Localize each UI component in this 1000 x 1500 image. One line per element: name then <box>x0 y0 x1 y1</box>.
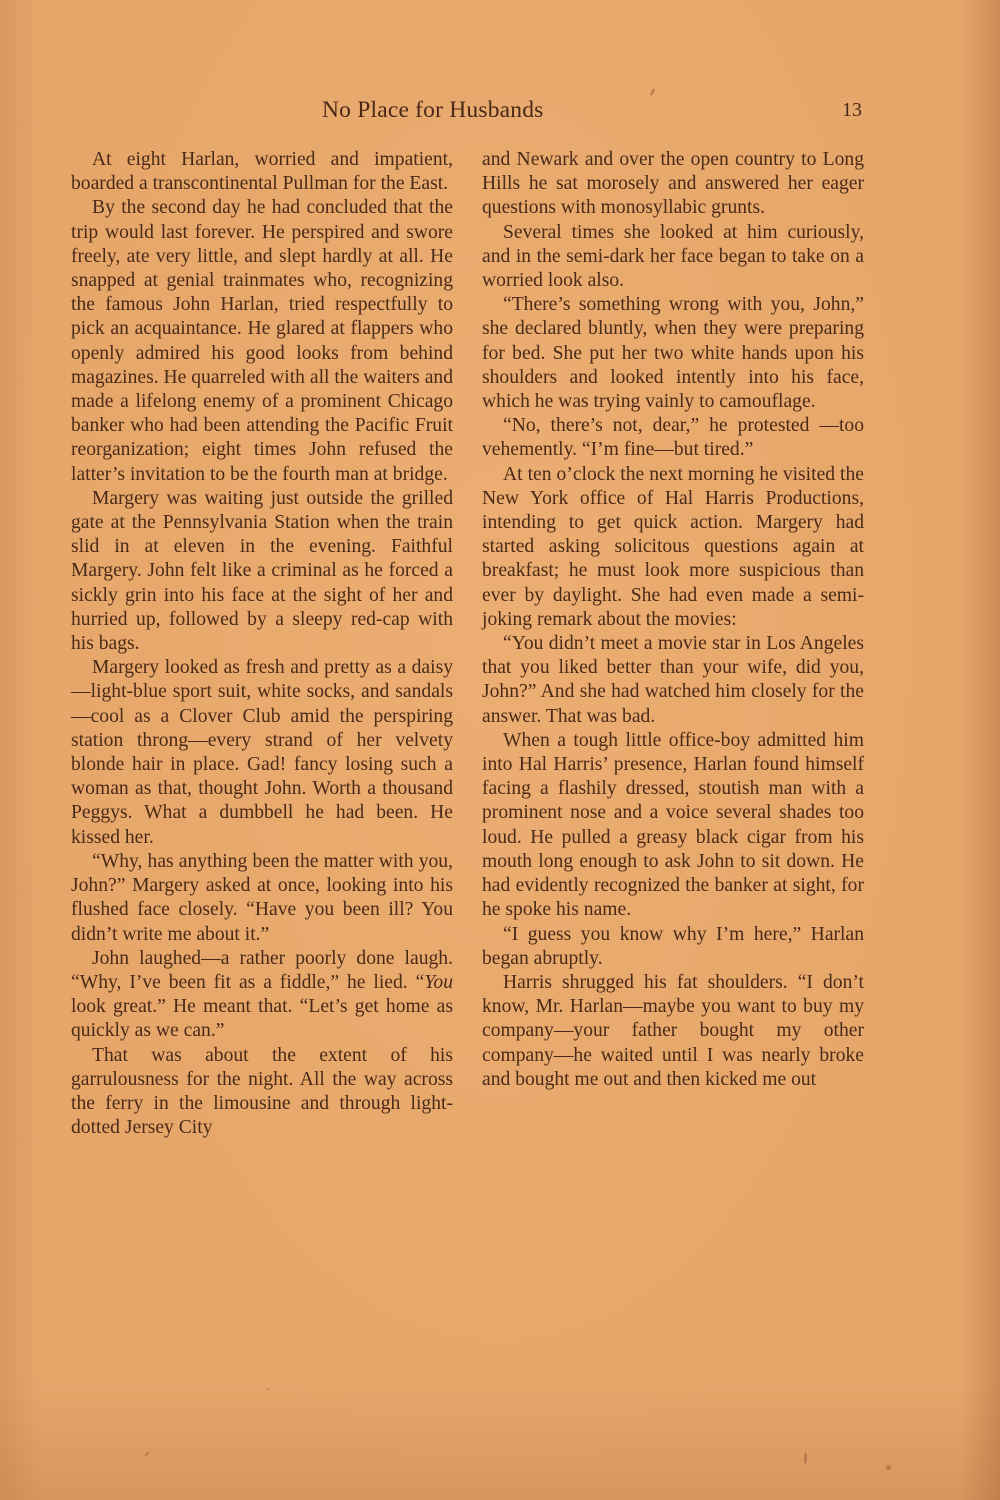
book-page: No Place for Husbands 13 At eight Harlan… <box>0 0 1000 1500</box>
running-title: No Place for Husbands <box>322 97 544 124</box>
paragraph-text: look great.” He meant that. “Let’s get h… <box>71 996 453 1041</box>
paragraph-continued: and Newark and over the open country to … <box>482 148 864 221</box>
paragraph: At ten o’clock the next morning he visit… <box>482 463 864 632</box>
paragraph: Margery looked as fresh and pretty as a … <box>71 656 453 850</box>
paragraph: Margery was waiting just outside the gri… <box>71 487 453 656</box>
right-column: and Newark and over the open country to … <box>482 148 864 1092</box>
paragraph: “There’s something wrong with you, John,… <box>482 293 864 414</box>
paragraph: When a tough little office-boy admitted … <box>482 729 864 923</box>
paragraph: “You didn’t meet a movie star in Los Ang… <box>482 632 864 729</box>
paragraph: At eight Harlan, worried and impatient, … <box>71 148 453 196</box>
paragraph: Several times she looked at him curiousl… <box>482 221 864 294</box>
italic-emphasis: You <box>424 972 453 993</box>
paragraph: John laughed—a rather poorly done laugh.… <box>71 947 453 1044</box>
running-head: No Place for Husbands 13 <box>0 97 1000 131</box>
paragraph: Harris shrugged his fat shoulders. “I do… <box>482 971 864 1092</box>
paragraph: By the second day he had concluded that … <box>71 196 453 486</box>
left-column: At eight Harlan, worried and impatient, … <box>71 148 453 1140</box>
paragraph: “I guess you know why I’m here,” Harlan … <box>482 923 864 971</box>
paragraph: “No, there’s not, dear,” he protested —t… <box>482 414 864 462</box>
paragraph-text: John laughed—a rather poorly done laugh.… <box>71 948 453 993</box>
paragraph: That was about the extent of his garrulo… <box>71 1044 453 1141</box>
page-number: 13 <box>842 99 862 122</box>
paragraph: “Why, has anything been the matter with … <box>71 850 453 947</box>
